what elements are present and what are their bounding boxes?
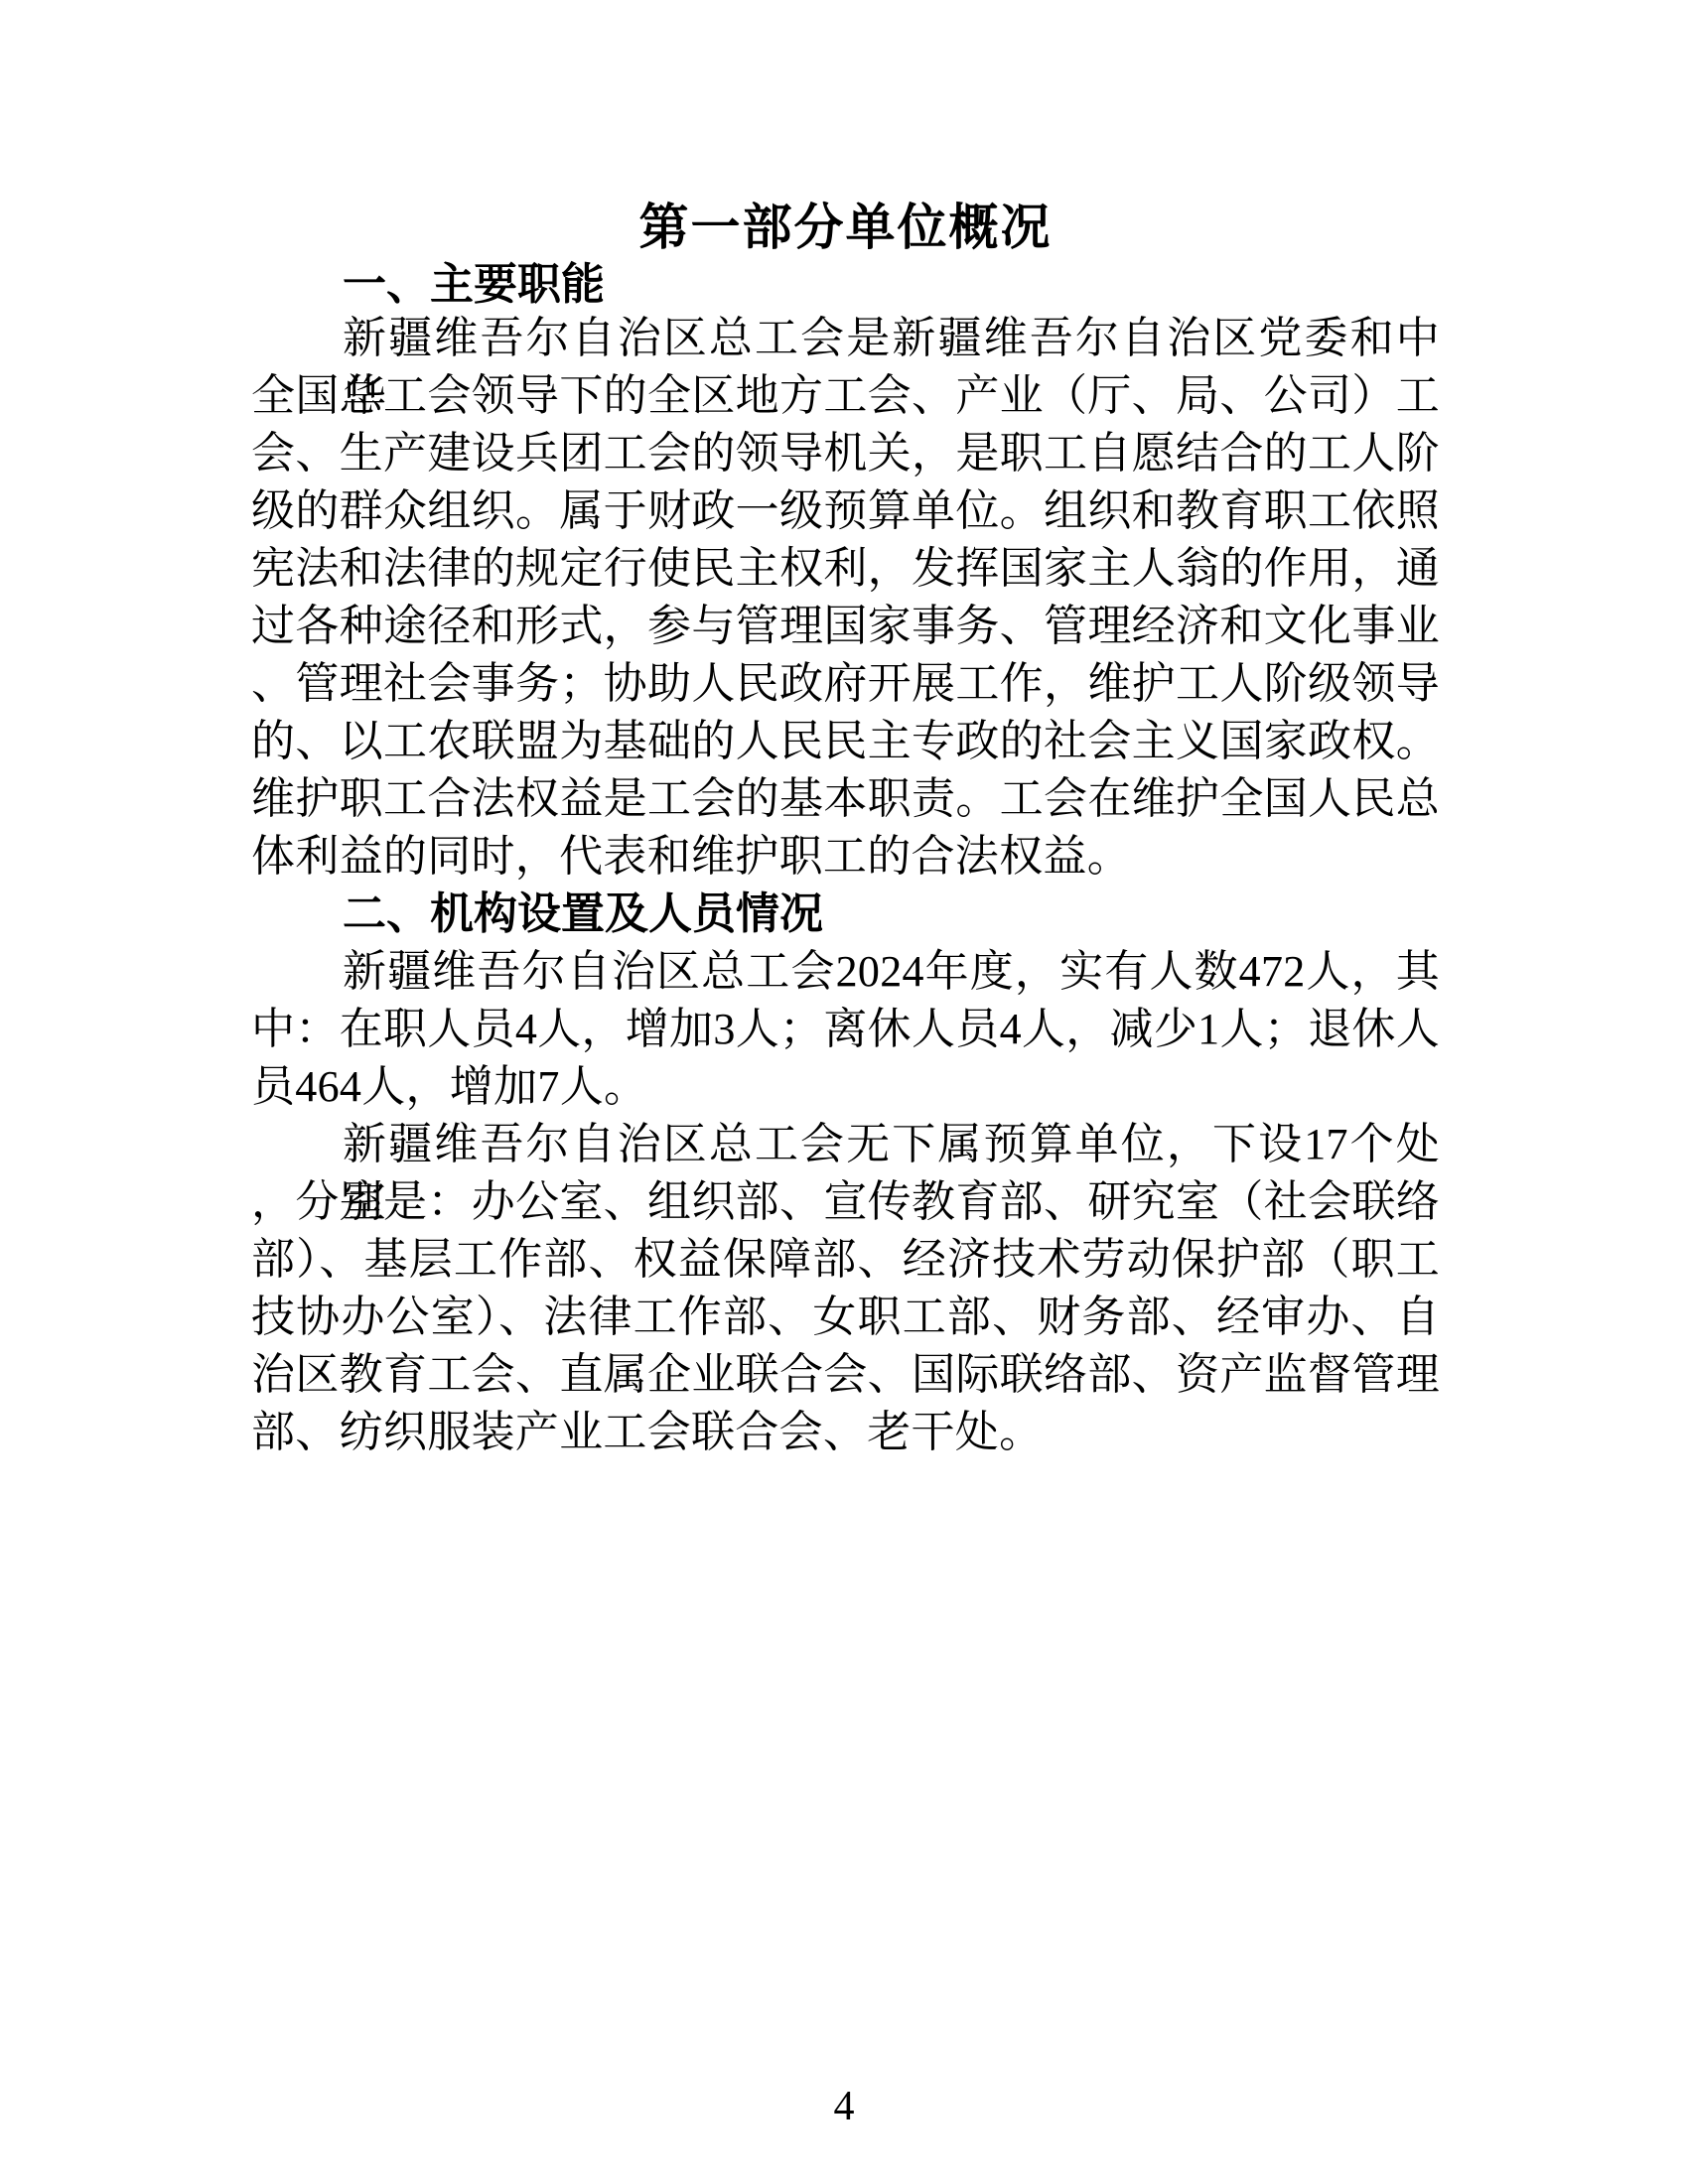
paragraph-line: 会、生产建设兵团工会的领导机关，是职工自愿结合的工人阶 xyxy=(251,425,1440,482)
document-page: 第一部分单位概况 一、主要职能 新疆维吾尔自治区总工会是新疆维吾尔自治区党委和中… xyxy=(0,0,1688,2184)
paragraph-line: 维护职工合法权益是工会的基本职责。工会在维护全国人民总 xyxy=(251,770,1440,828)
paragraph-line: 新疆维吾尔自治区总工会2024年度，实有人数472人，其 xyxy=(251,943,1440,1001)
page-title: 第一部分单位概况 xyxy=(251,195,1440,260)
paragraph-line: 中：在职人员4人，增加3人；离休人员4人，减少1人；退休人 xyxy=(251,1001,1440,1058)
paragraph-line: 技协办公室）、法律工作部、女职工部、财务部、经审办、自 xyxy=(251,1289,1440,1346)
paragraph-line: 全国总工会领导下的全区地方工会、产业（厅、局、公司）工 xyxy=(251,367,1440,425)
paragraph-line: 宪法和法律的规定行使民主权利，发挥国家主人翁的作用，通 xyxy=(251,540,1440,598)
paragraph-line: 过各种途径和形式，参与管理国家事务、管理经济和文化事业 xyxy=(251,598,1440,655)
paragraph-line: ，分别是：办公室、组织部、宣传教育部、研究室（社会联络 xyxy=(251,1173,1440,1231)
paragraph-line: 新疆维吾尔自治区总工会无下属预算单位，下设17个处室 xyxy=(251,1116,1440,1173)
paragraph-line: 员464人，增加7人。 xyxy=(251,1058,1440,1116)
paragraph-line: 治区教育工会、直属企业联合会、国际联络部、资产监督管理 xyxy=(251,1346,1440,1404)
paragraph-line: 新疆维吾尔自治区总工会是新疆维吾尔自治区党委和中华 xyxy=(251,310,1440,367)
page-number: 4 xyxy=(0,2078,1688,2135)
section-heading-1: 一、主要职能 xyxy=(251,260,1440,310)
paragraph-line: 部）、基层工作部、权益保障部、经济技术劳动保护部（职工 xyxy=(251,1231,1440,1289)
paragraph-line: 级的群众组织。属于财政一级预算单位。组织和教育职工依照 xyxy=(251,482,1440,540)
paragraph-line: 、管理社会事务；协助人民政府开展工作，维护工人阶级领导 xyxy=(251,655,1440,713)
document-body: 第一部分单位概况 一、主要职能 新疆维吾尔自治区总工会是新疆维吾尔自治区党委和中… xyxy=(251,195,1440,1461)
paragraph-line: 体利益的同时，代表和维护职工的合法权益。 xyxy=(251,828,1440,886)
paragraph-line: 部、纺织服装产业工会联合会、老干处。 xyxy=(251,1404,1440,1461)
section-heading-2: 二、机构设置及人员情况 xyxy=(251,886,1440,943)
paragraph-line: 的、以工农联盟为基础的人民民主专政的社会主义国家政权。 xyxy=(251,713,1440,770)
